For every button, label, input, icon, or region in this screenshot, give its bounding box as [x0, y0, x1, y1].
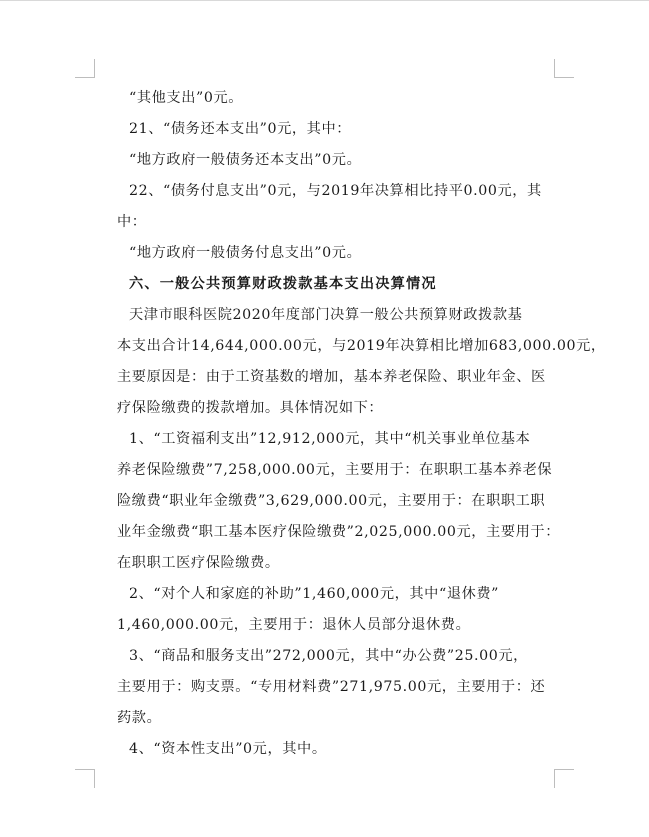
paragraph-line: 22、“债务付息支出”0元，与2019年决算相比持平0.00元，其: [129, 181, 542, 201]
paragraph-line: 本支出合计14,644,000.00元，与2019年决算相比增加683,000.…: [117, 336, 606, 356]
paragraph-line: 2、“对个人和家庭的补助”1,460,000元，其中“退休费”: [129, 584, 499, 604]
paragraph-line: 主要原因是：由于工资基数的增加，基本养老保险、职业年金、医: [117, 367, 546, 387]
paragraph-line: 药款。: [117, 708, 161, 728]
paragraph-line: “地方政府一般债务还本支出”0元。: [129, 150, 361, 170]
paragraph-line: 主要用于：购支票。“专用材料费”271,975.00元，主要用于：还: [117, 677, 545, 697]
paragraph-line: 在职职工医疗保险缴费。: [117, 553, 280, 573]
margin-mark-bottom-right-h: [554, 769, 574, 770]
margin-mark-top-left-v: [94, 59, 95, 78]
section-heading: 六、一般公共预算财政拨款基本支出决算情况: [129, 274, 437, 294]
paragraph-line: 险缴费“职业年金缴费”3,629,000.00元，主要用于：在职职工职: [117, 491, 545, 511]
paragraph-line: 21、“债务还本支出”0元，其中：: [129, 119, 351, 139]
paragraph-line: 业年金缴费“职工基本医疗保险缴费”2,025,000.00元，主要用于：: [117, 522, 560, 542]
window-top-border: [0, 0, 649, 1]
paragraph-line: 养老保险缴费”7,258,000.00元，主要用于：在职职工基本养老保: [117, 460, 552, 480]
paragraph-line: 1、“工资福利支出”12,912,000元，其中“机关事业单位基本: [129, 429, 530, 449]
paragraph-line: 1,460,000.00元，主要用于：退休人员部分退休费。: [117, 615, 470, 635]
margin-mark-bottom-left-h: [75, 769, 95, 770]
margin-mark-top-right-h: [554, 77, 574, 78]
paragraph-line: “其他支出”0元。: [129, 88, 243, 108]
margin-mark-top-right-v: [554, 59, 555, 78]
margin-mark-bottom-right-v: [554, 769, 555, 788]
paragraph-line: 4、“资本性支出”0元，其中。: [129, 739, 327, 759]
paragraph-line: 中：: [117, 212, 147, 232]
paragraph-line: 天津市眼科医院2020年度部门决算一般公共预算财政拨款基: [129, 305, 522, 325]
paragraph-line: 疗保险缴费的拨款增加。具体情况如下：: [117, 398, 383, 418]
paragraph-line: 3、“商品和服务支出”272,000元，其中“办公费”25.00元，: [129, 646, 528, 666]
margin-mark-top-left-h: [75, 77, 95, 78]
margin-mark-bottom-left-v: [94, 769, 95, 788]
paragraph-line: “地方政府一般债务付息支出”0元。: [129, 243, 361, 263]
